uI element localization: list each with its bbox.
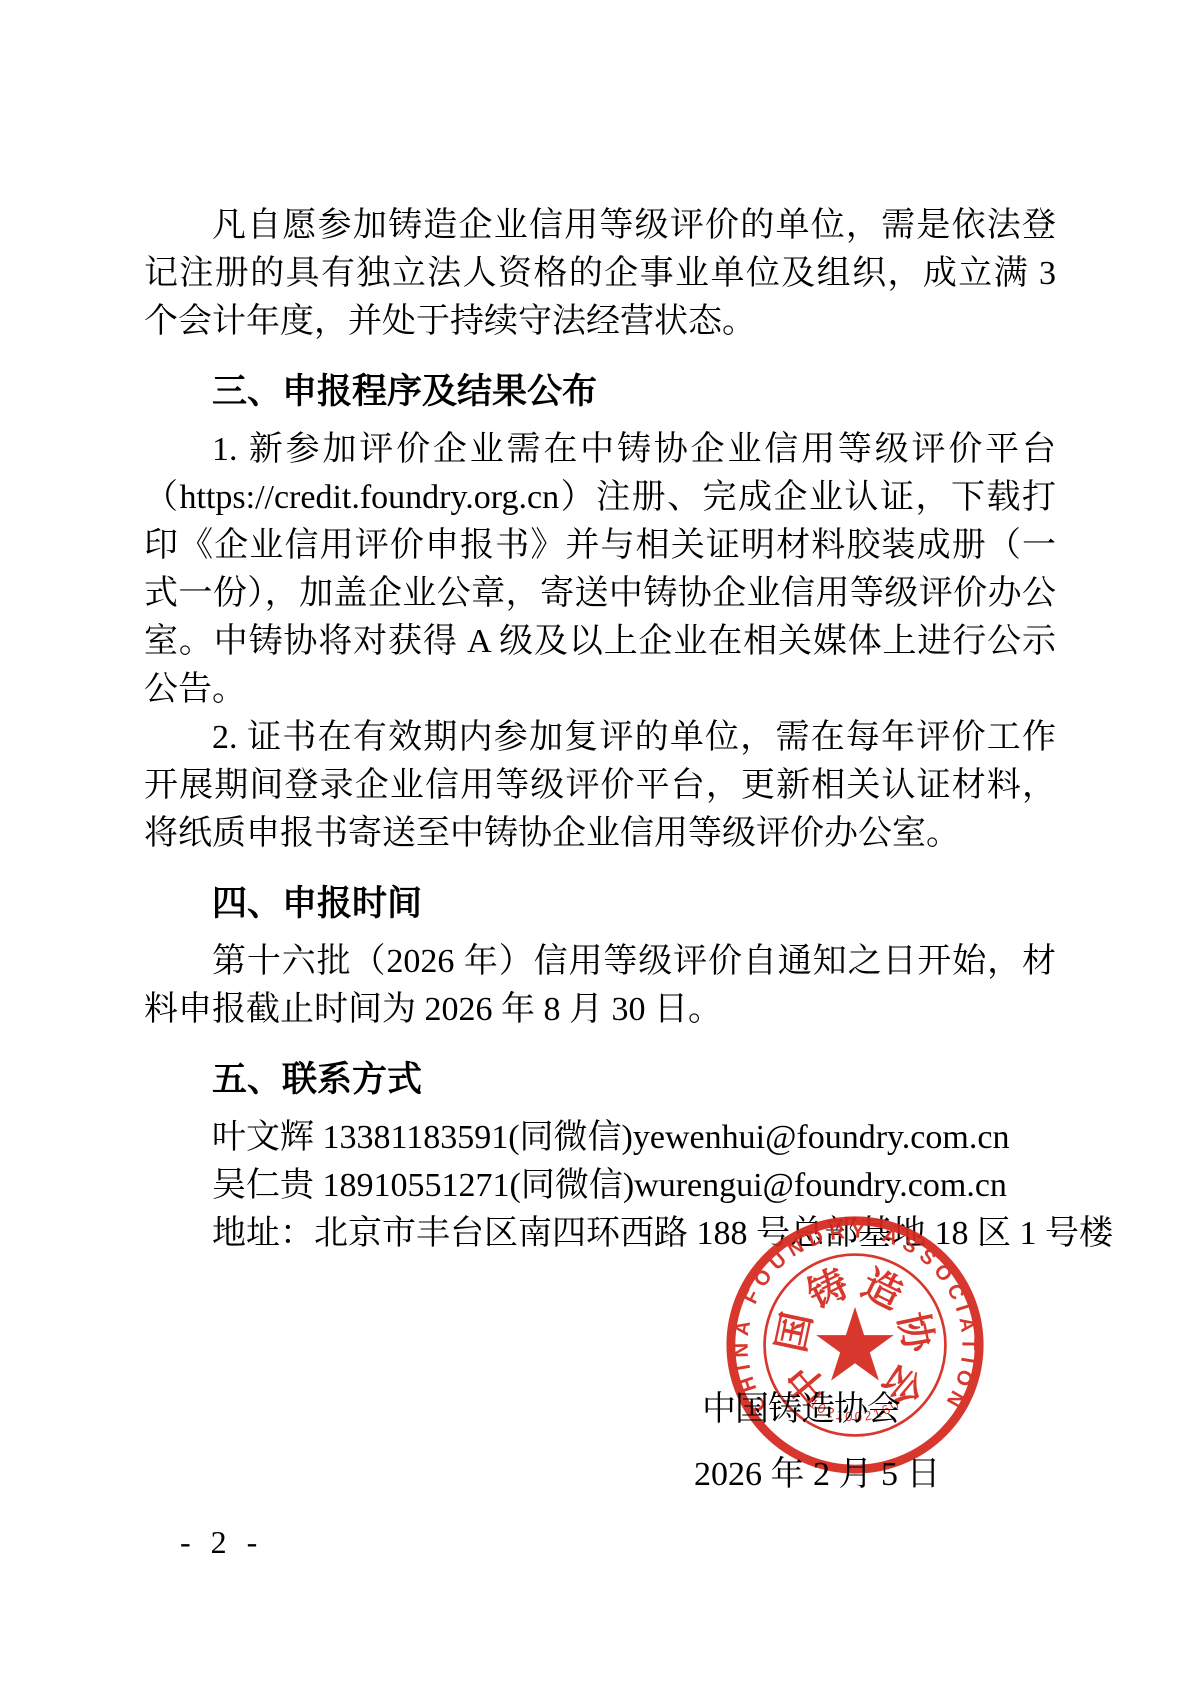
section-heading-contact: 五、联系方式	[144, 1056, 1056, 1104]
seal-inner-char: 铸	[801, 1262, 855, 1318]
section-heading-procedure: 三、申报程序及结果公布	[144, 368, 1056, 416]
procedure-item-1: 1. 新参加评价企业需在中铸协企业信用等级评价平台（https://credit…	[144, 426, 1056, 714]
contact-line-2: 吴仁贵 18910551271(同微信)wurengui@foundry.com…	[144, 1162, 1056, 1210]
section-heading-time: 四、申报时间	[144, 880, 1056, 928]
contact-line-1: 叶文辉 13381183591(同微信)yewenhui@foundry.com…	[144, 1114, 1056, 1162]
official-seal: CHINA FOUNDRY ASSOCIATION 中 国 铸 造 协 会 10…	[722, 1212, 988, 1478]
procedure-item-2: 2. 证书在有效期内参加复评的单位，需在每年评价工作开展期间登录企业信用等级评价…	[144, 714, 1056, 858]
signature-organization: 中国铸造协会	[702, 1381, 900, 1430]
signature-date: 2026 年 2 月 5 日	[694, 1446, 941, 1495]
seal-star-icon	[816, 1307, 893, 1381]
document-body: 凡自愿参加铸造企业信用等级评价的单位，需是依法登记注册的具有独立法人资格的企事业…	[144, 202, 1056, 1258]
seal-inner-char: 国	[770, 1309, 820, 1356]
intro-paragraph: 凡自愿参加铸造企业信用等级评价的单位，需是依法登记注册的具有独立法人资格的企事业…	[144, 202, 1056, 346]
time-paragraph: 第十六批（2026 年）信用等级评价自通知之日开始，材料申报截止时间为 2026…	[144, 938, 1056, 1034]
seal-inner-char: 协	[890, 1309, 941, 1358]
official-seal-graphic: CHINA FOUNDRY ASSOCIATION 中 国 铸 造 协 会 10…	[722, 1212, 988, 1478]
seal-inner-char: 造	[855, 1262, 909, 1318]
document-page: { "content": { "para_intro": "凡自愿参加铸造企业信…	[0, 0, 1200, 1697]
page-number-footer: - 2 -	[180, 1524, 263, 1561]
